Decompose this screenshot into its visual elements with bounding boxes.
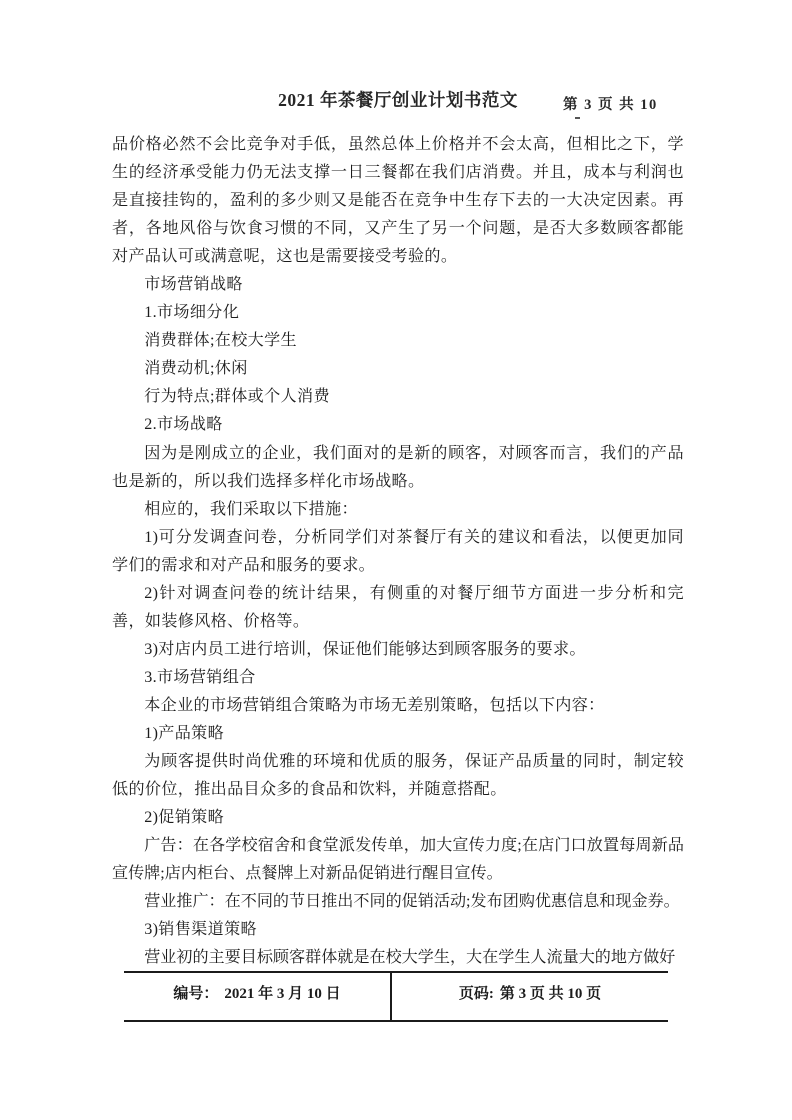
section-heading: 3.市场营销组合 bbox=[112, 664, 684, 692]
paragraph: 营业推广：在不同的节日推出不同的促销活动;发布团购优惠信息和现金券。 bbox=[112, 888, 684, 916]
list-item: 3)销售渠道策略 bbox=[112, 916, 684, 944]
footer-number-value: 2021 年 3 月 10 日 bbox=[224, 986, 340, 1002]
page-indicator-underline-mark bbox=[575, 117, 580, 119]
footer-table: 编号：2021 年 3 月 10 日 页码:第 3 页 共 10 页 bbox=[124, 971, 668, 1022]
footer-page-value: 第 3 页 共 10 页 bbox=[500, 986, 601, 1002]
paragraph: 为顾客提供时尚优雅的环境和优质的服务，保证产品质量的同时，制定较低的价位，推出品… bbox=[112, 748, 684, 804]
list-item: 3)对店内员工进行培训，保证他们能够达到顾客服务的要求。 bbox=[112, 636, 684, 664]
list-item: 2)促销策略 bbox=[112, 804, 684, 832]
footer-page-cell: 页码:第 3 页 共 10 页 bbox=[392, 973, 668, 1020]
paragraph: 因为是刚成立的企业，我们面对的是新的顾客，对顾客而言，我们的产品也是新的，所以我… bbox=[112, 440, 684, 496]
paragraph: 品价格必然不会比竞争对手低，虽然总体上价格并不会太高，但相比之下，学生的经济承受… bbox=[112, 131, 684, 271]
list-item: 1)可分发调查问卷，分析同学们对茶餐厅有关的建议和看法，以便更加同学们的需求和对… bbox=[112, 524, 684, 580]
list-item: 1)产品策略 bbox=[112, 720, 684, 748]
paragraph: 消费动机;休闲 bbox=[112, 355, 684, 383]
section-heading: 2.市场战略 bbox=[112, 411, 684, 439]
document-page: 2021 年茶餐厅创业计划书范文 第 3 页 共 10 品价格必然不会比竞争对手… bbox=[0, 0, 792, 1120]
footer-number-label: 编号： bbox=[173, 986, 218, 1002]
footer-page-label: 页码: bbox=[459, 986, 494, 1002]
header-page-indicator: 第 3 页 共 10 bbox=[563, 93, 658, 114]
section-heading: 1.市场细分化 bbox=[112, 299, 684, 327]
paragraph: 行为特点;群体或个人消费 bbox=[112, 383, 684, 411]
document-body: 品价格必然不会比竞争对手低，虽然总体上价格并不会太高，但相比之下，学生的经济承受… bbox=[112, 131, 684, 972]
paragraph: 广告：在各学校宿舍和食堂派发传单，加大宣传力度;在店门口放置每周新品宣传牌;店内… bbox=[112, 832, 684, 888]
paragraph: 相应的，我们采取以下措施： bbox=[112, 496, 684, 524]
paragraph: 本企业的市场营销组合策略为市场无差别策略，包括以下内容： bbox=[112, 692, 684, 720]
footer-number-cell: 编号：2021 年 3 月 10 日 bbox=[124, 973, 392, 1020]
section-heading: 市场营销战略 bbox=[112, 271, 684, 299]
paragraph: 营业初的主要目标顾客群体就是在校大学生，大在学生人流量大的地方做好 bbox=[112, 944, 684, 972]
paragraph: 消费群体;在校大学生 bbox=[112, 327, 684, 355]
list-item: 2)针对调查问卷的统计结果，有侧重的对餐厅细节方面进一步分析和完善，如装修风格、… bbox=[112, 580, 684, 636]
